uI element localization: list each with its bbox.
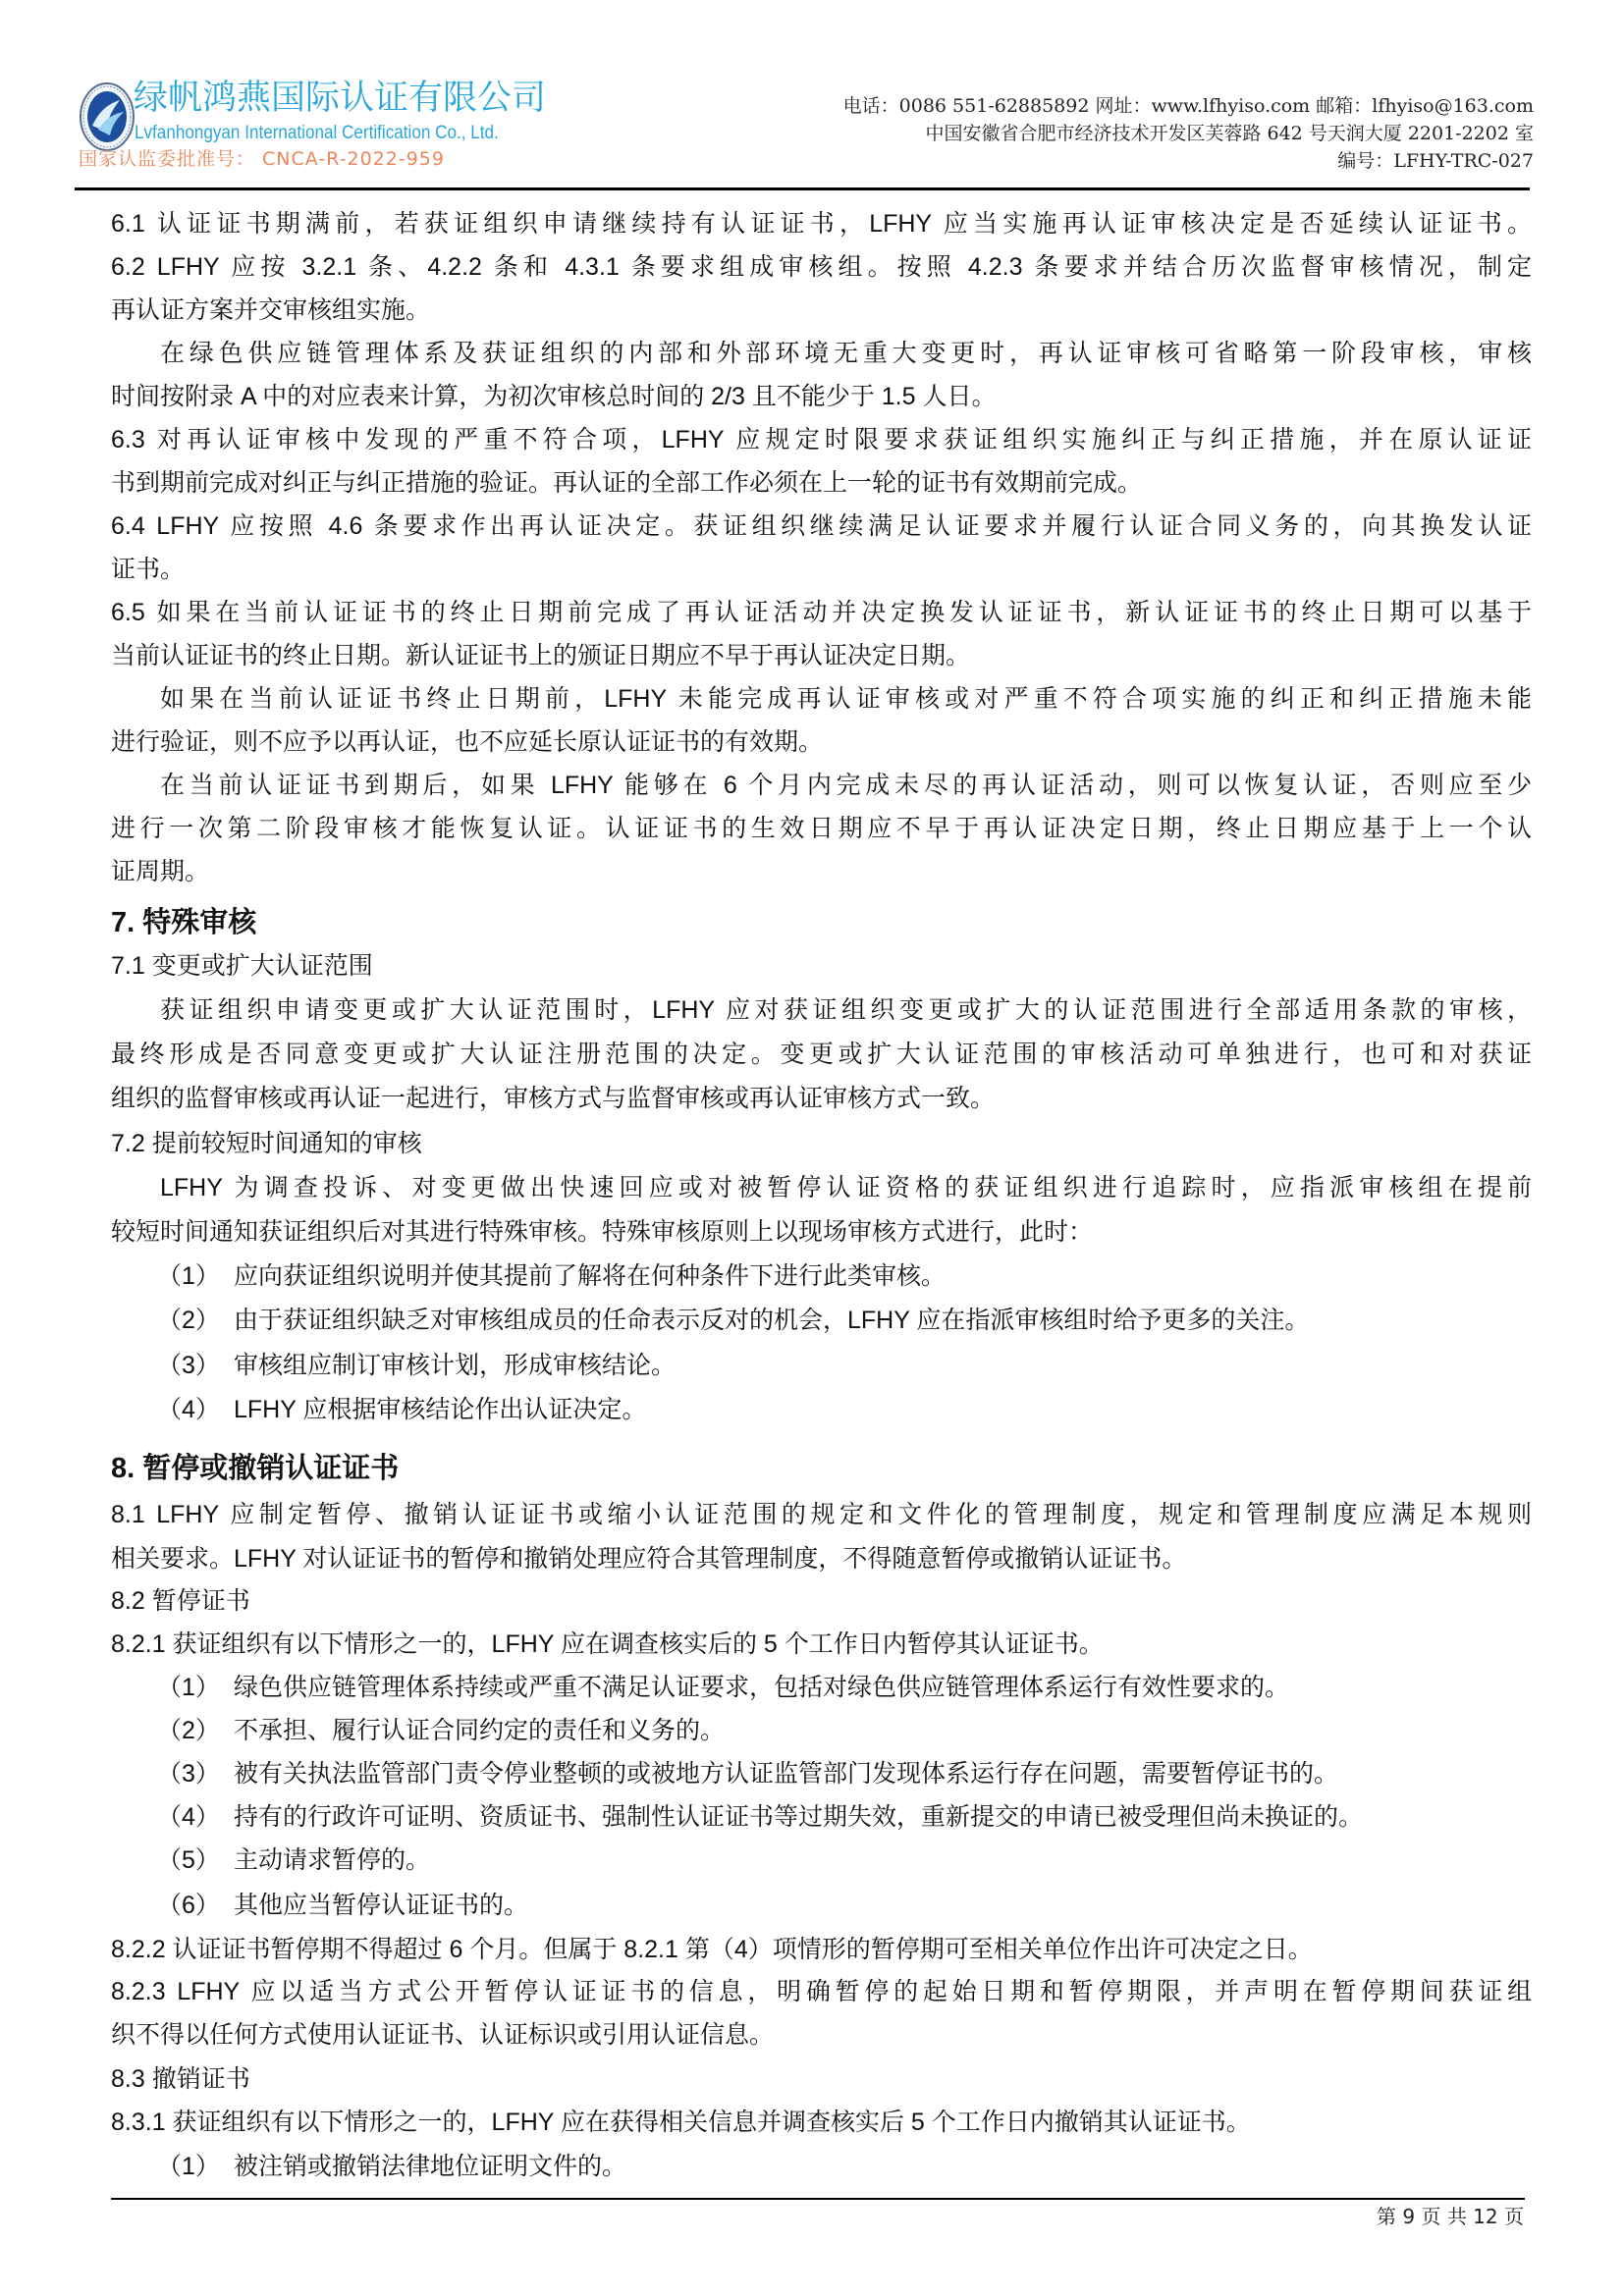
paragraph-line: 6.2 LFHY 应按 3.2.1 条、4.2.2 条和 4.3.1 条要求组成… — [111, 245, 1532, 289]
paragraph-line: 8.2.3 LFHY 应以适当方式公开暂停认证证书的信息，明确暂停的起始日期和暂… — [111, 1970, 1532, 2013]
paragraph-line: 组织的监督审核或再认证一起进行，审核方式与监督审核或再认证审核方式一致。 — [111, 1077, 1532, 1120]
list-item: （5） 主动请求暂停的。 — [111, 1839, 1532, 1882]
paragraph-line: 书到期前完成对纠正与纠正措施的验证。再认证的全部工作必须在上一轮的证书有效期前完… — [111, 461, 1532, 505]
subsection-title: 7.2 提前较短时间通知的审核 — [111, 1122, 1532, 1165]
company-name-en: Lvfanhongyan International Certification… — [135, 122, 499, 145]
section-heading: 8. 暂停或撤销认证证书 — [111, 1447, 1532, 1490]
paragraph-line: 进行验证，则不应予以再认证，也不应延长原认证证书的有效期。 — [111, 721, 1532, 764]
paragraph-line: 相关要求。LFHY 对认证证书的暂停和撤销处理应符合其管理制度，不得随意暂停或撤… — [111, 1537, 1532, 1580]
list-item: （1） 应向获证组织说明并使其提前了解将在何种条件下进行此类审核。 — [111, 1255, 1532, 1298]
paragraph-line: 如果在当前认证证书终止日期前，LFHY 未能完成再认证审核或对严重不符合项实施的… — [111, 677, 1532, 721]
list-item: （1） 被注销或撤销法律地位证明文件的。 — [111, 2145, 1532, 2188]
list-item-text: 其他应当暂停认证证书的。 — [234, 1884, 528, 1927]
page-number: 第 9 页 共 12 页 — [1377, 2203, 1524, 2230]
list-item-number: （4） — [157, 1795, 220, 1839]
paragraph-line: 8.2.1 获证组织有以下情形之一的，LFHY 应在调查核实后的 5 个工作日内… — [111, 1623, 1532, 1666]
section-heading: 7. 特殊审核 — [111, 901, 1532, 944]
list-item-number: （3） — [157, 1344, 220, 1387]
address-line: 中国安徽省合肥市经济技术开发区芙蓉路 642 号天润大厦 2201-2202 室 — [925, 122, 1534, 145]
contact-line: 电话：0086 551-62885892 网址：www.lfhyiso.com … — [843, 94, 1534, 118]
paragraph-line: 较短时间通知获证组织后对其进行特殊审核。特殊审核原则上以现场审核方式进行，此时： — [111, 1210, 1532, 1254]
list-item-number: （4） — [157, 1388, 220, 1431]
list-item-text: 绿色供应链管理体系持续或严重不满足认证要求，包括对绿色供应链管理体系运行有效性要… — [234, 1666, 1289, 1709]
paragraph-line: 最终形成是否同意变更或扩大认证注册范围的决定。变更或扩大认证范围的审核活动可单独… — [111, 1033, 1532, 1076]
list-item: （3） 被有关执法监管部门责令停业整顿的或被地方认证监管部门发现体系运行存在问题… — [111, 1752, 1532, 1795]
paragraph-line: 6.1 认证证书期满前，若获证组织申请继续持有认证证书，LFHY 应当实施再认证… — [111, 202, 1532, 245]
paragraph-line: 再认证方案并交审核组实施。 — [111, 289, 1532, 332]
paragraph-line: 织不得以任何方式使用认证证书、认证标识或引用认证信息。 — [111, 2013, 1532, 2056]
paragraph-line: 当前认证证书的终止日期。新认证证书上的颁证日期应不早于再认证决定日期。 — [111, 634, 1532, 677]
list-item-number: （6） — [157, 1884, 220, 1927]
paragraph-line: 8.1 LFHY 应制定暂停、撤销认证证书或缩小认证范围的规定和文件化的管理制度… — [111, 1493, 1532, 1536]
list-item-text: LFHY 应根据审核结论作出认证决定。 — [234, 1388, 646, 1431]
company-name-cn: 绿帆鸿燕国际认证有限公司 — [134, 79, 546, 118]
list-item-text: 由于获证组织缺乏对审核组成员的任命表示反对的机会，LFHY 应在指派审核组时给予… — [234, 1299, 1309, 1342]
paragraph-line: 进行一次第二阶段审核才能恢复认证。认证证书的生效日期应不早于再认证决定日期，终止… — [111, 807, 1532, 850]
list-item: （6） 其他应当暂停认证证书的。 — [111, 1884, 1532, 1927]
list-item-number: （2） — [157, 1709, 220, 1752]
list-item: （4） LFHY 应根据审核结论作出认证决定。 — [111, 1388, 1532, 1431]
list-item: （4） 持有的行政许可证明、资质证书、强制性认证证书等过期失效，重新提交的申请已… — [111, 1795, 1532, 1839]
list-item-number: （1） — [157, 1255, 220, 1298]
paragraph-line: 6.3 对再认证审核中发现的严重不符合项，LFHY 应规定时限要求获证组织实施纠… — [111, 418, 1532, 461]
list-item-number: （3） — [157, 1752, 220, 1795]
list-item-text: 主动请求暂停的。 — [234, 1839, 430, 1882]
header-divider — [75, 187, 1530, 190]
list-item: （3） 审核组应制订审核计划，形成审核结论。 — [111, 1344, 1532, 1387]
paragraph-line: 证周期。 — [111, 850, 1532, 893]
list-item-text: 应向获证组织说明并使其提前了解将在何种条件下进行此类审核。 — [234, 1255, 946, 1298]
list-item-number: （5） — [157, 1839, 220, 1882]
list-item: （1） 绿色供应链管理体系持续或严重不满足认证要求，包括对绿色供应链管理体系运行… — [111, 1666, 1532, 1709]
paragraph-line: LFHY 为调查投诉、对变更做出快速回应或对被暂停认证资格的获证组织进行追踪时，… — [111, 1166, 1532, 1209]
list-item-number: （1） — [157, 2145, 220, 2188]
company-seal-logo-icon — [79, 80, 135, 153]
list-item: （2） 由于获证组织缺乏对审核组成员的任命表示反对的机会，LFHY 应在指派审核… — [111, 1299, 1532, 1342]
paragraph-line: 6.4 LFHY 应按照 4.6 条要求作出再认证决定。获证组织继续满足认证要求… — [111, 505, 1532, 548]
subsection-title: 8.2 暂停证书 — [111, 1579, 1532, 1623]
list-item-text: 持有的行政许可证明、资质证书、强制性认证证书等过期失效，重新提交的申请已被受理但… — [234, 1795, 1363, 1839]
list-item-text: 不承担、履行认证合同约定的责任和义务的。 — [234, 1709, 725, 1752]
list-item-number: （2） — [157, 1299, 220, 1342]
paragraph-line: 时间按附录 A 中的对应表来计算，为初次审核总时间的 2/3 且不能少于 1.5… — [111, 375, 1532, 418]
paragraph-line: 6.5 如果在当前认证证书的终止日期前完成了再认证活动并决定换发认证证书，新认证… — [111, 591, 1532, 634]
list-item-text: 审核组应制订审核计划，形成审核结论。 — [234, 1344, 676, 1387]
list-item: （2） 不承担、履行认证合同约定的责任和义务的。 — [111, 1709, 1532, 1752]
list-item-text: 被注销或撤销法律地位证明文件的。 — [234, 2145, 626, 2188]
paragraph-line: 证书。 — [111, 548, 1532, 591]
list-item-number: （1） — [157, 1666, 220, 1709]
approval-number: 国家认监委批准号： CNCA-R-2022-959 — [79, 147, 445, 171]
paragraph-line: 获证组织申请变更或扩大认证范围时，LFHY 应对获证组织变更或扩大的认证范围进行… — [111, 988, 1532, 1032]
subsection-title: 7.1 变更或扩大认证范围 — [111, 944, 1532, 988]
list-item-text: 被有关执法监管部门责令停业整顿的或被地方认证监管部门发现体系运行存在问题，需要暂… — [234, 1752, 1338, 1795]
paragraph-line: 在绿色供应链管理体系及获证组织的内部和外部环境无重大变更时，再认证审核可省略第一… — [111, 332, 1532, 375]
footer-divider — [111, 2198, 1525, 2200]
paragraph-line: 8.2.2 认证证书暂停期不得超过 6 个月。但属于 8.2.1 第（4）项情形… — [111, 1928, 1532, 1971]
subsection-title: 8.3 撤销证书 — [111, 2057, 1532, 2101]
paragraph-line: 在当前认证证书到期后，如果 LFHY 能够在 6 个月内完成未尽的再认证活动，则… — [111, 764, 1532, 807]
document-number: 编号：LFHY-TRC-027 — [1337, 149, 1534, 173]
paragraph-line: 8.3.1 获证组织有以下情形之一的，LFHY 应在获得相关信息并调查核实后 5… — [111, 2101, 1532, 2144]
